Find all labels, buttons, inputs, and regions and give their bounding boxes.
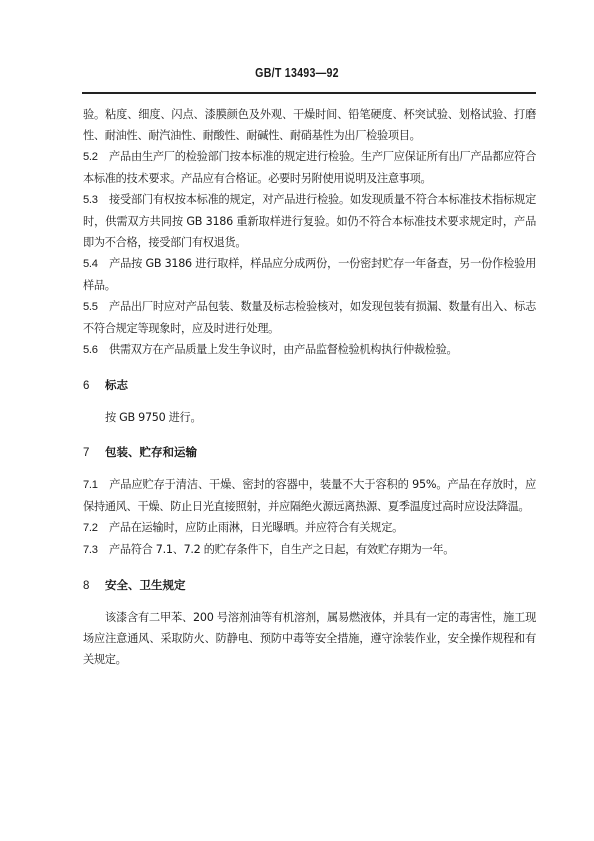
clause-number: 5.6 [83,340,109,361]
clause-text: 产品符合 7.1、7.2 的贮存条件下，自生产之日起，有效贮存期为一年。 [109,543,454,556]
clause-text: 供需双方在产品质量上发生争议时，由产品监督检验机构执行仲裁检验。 [109,343,457,356]
section-8-body: 该漆含有二甲苯、200 号溶剂油等有机溶剂，属易燃液体，并具有一定的毒害性，施工… [83,607,536,670]
clause-text: 产品由生产厂的检验部门按本标准的规定进行检验。生产厂应保证所有出厂产品都应符合本… [83,150,536,185]
document-body: 验。粘度、细度、闪点、漆膜颜色及外观、干燥时间、铅笔硬度、杯突试验、划格试验、打… [83,104,536,670]
clause-number: 7.2 [83,518,109,539]
standard-header: GB/T 13493—92 [45,66,550,80]
clause-text: 产品出厂时应对产品包装、数量及标志检验核对，如发现包装有损漏、数量有出入、标志不… [83,300,536,335]
section-number: 8 [83,576,105,597]
clause-7-2: 7.2产品在运输时，应防止雨淋，日光曝晒。并应符合有关规定。 [83,517,536,539]
section-number: 7 [83,443,105,464]
clause-text: 产品在运输时，应防止雨淋，日光曝晒。并应符合有关规定。 [109,521,403,534]
clause-5-1-continuation: 验。粘度、细度、闪点、漆膜颜色及外观、干燥时间、铅笔硬度、杯突试验、划格试验、打… [83,104,536,146]
clause-5-4: 5.4产品按 GB 3186 进行取样，样品应分成两份，一份密封贮存一年备查，另… [83,253,536,296]
clause-5-5: 5.5产品出厂时应对产品包装、数量及标志检验核对，如发现包装有损漏、数量有出入、… [83,296,536,339]
clause-number: 5.3 [83,190,109,211]
section-heading-6: 6标志 [83,375,536,397]
clause-5-3: 5.3接受部门有权按本标准的规定，对产品进行检验。如发现质量不符合本标准技术指标… [83,189,536,253]
clause-text: 接受部门有权按本标准的规定，对产品进行检验。如发现质量不符合本标准技术指标规定时… [83,193,536,249]
clause-7-3: 7.3产品符合 7.1、7.2 的贮存条件下，自生产之日起，有效贮存期为一年。 [83,539,536,561]
clause-text: 产品按 GB 3186 进行取样，样品应分成两份，一份密封贮存一年备查，另一份作… [83,257,536,292]
clause-number: 7.1 [83,475,109,496]
clause-5-2: 5.2产品由生产厂的检验部门按本标准的规定进行检验。生产厂应保证所有出厂产品都应… [83,146,536,189]
section-heading-8: 8安全、卫生规定 [83,575,536,597]
clause-number: 7.3 [83,540,109,561]
section-number: 6 [83,376,105,397]
header-rule [82,92,536,94]
clause-7-1: 7.1产品应贮存于清洁、干燥、密封的容器中，装量不大于容积的 95%。产品在存放… [83,474,536,517]
clause-5-6: 5.6供需双方在产品质量上发生争议时，由产品监督检验机构执行仲裁检验。 [83,339,536,361]
clause-number: 5.5 [83,297,109,318]
section-title: 标志 [105,378,128,392]
section-6-body: 按 GB 9750 进行。 [83,407,536,428]
clause-number: 5.2 [83,147,109,168]
section-title: 安全、卫生规定 [105,578,186,592]
clause-text: 产品应贮存于清洁、干燥、密封的容器中，装量不大于容积的 95%。产品在存放时，应… [83,478,536,513]
clause-number: 5.4 [83,254,109,275]
section-title: 包装、贮存和运输 [105,445,197,459]
section-heading-7: 7包装、贮存和运输 [83,442,536,464]
